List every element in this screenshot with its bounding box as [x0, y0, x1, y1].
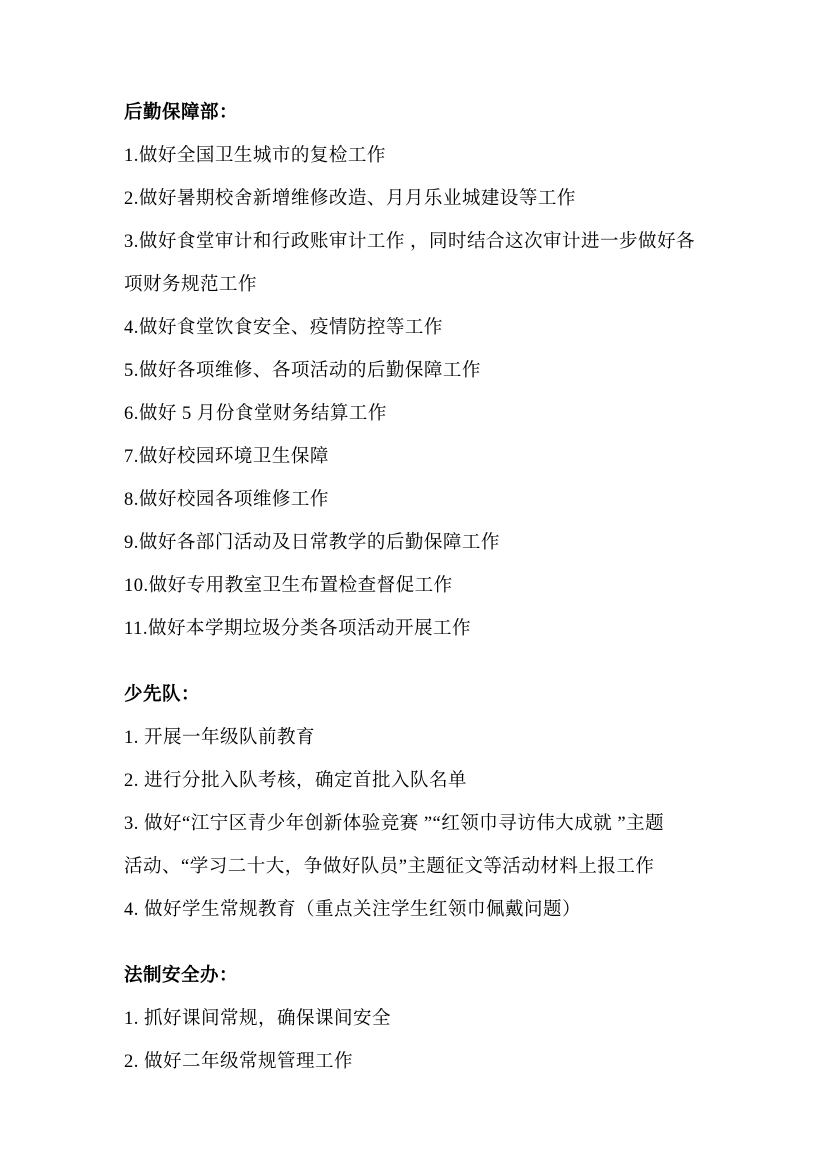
task-item: 1.做好全国卫生城市的复检工作 — [124, 135, 714, 178]
section-young-pioneers: 少先队： 1. 开展一年级队前教育 2. 进行分批入队考核，确定首批入队名单 3… — [124, 674, 714, 932]
task-item: 5.做好各项维修、各项活动的后勤保障工作 — [124, 350, 714, 393]
task-item: 1. 开展一年级队前教育 — [124, 717, 714, 760]
task-item-continuation: 活动、“学习二十大，争做好队员”主题征文等活动材料上报工作 — [124, 846, 714, 889]
task-item: 9.做好各部门活动及日常教学的后勤保障工作 — [124, 522, 714, 565]
section-title: 法制安全办： — [124, 955, 714, 998]
task-item: 10.做好专用教室卫生布置检查督促工作 — [124, 565, 714, 608]
section-logistics-support: 后勤保障部： 1.做好全国卫生城市的复检工作 2.做好暑期校舍新增维修改造、月月… — [124, 92, 714, 651]
section-legal-safety-office: 法制安全办： 1. 抓好课间常规，确保课间安全 2. 做好二年级常规管理工作 — [124, 955, 714, 1084]
task-item: 3. 做好“江宁区青少年创新体验竞赛 ”“红领巾寻访伟大成就 ”主题 — [124, 803, 714, 846]
task-item: 7.做好校园环境卫生保障 — [124, 436, 714, 479]
section-title: 少先队： — [124, 674, 714, 717]
task-item: 2. 做好二年级常规管理工作 — [124, 1041, 714, 1084]
task-item: 3.做好食堂审计和行政账审计工作 ，同时结合这次审计进一步做好各 — [124, 221, 714, 264]
section-title: 后勤保障部： — [124, 92, 714, 135]
task-item-continuation: 项财务规范工作 — [124, 264, 714, 307]
document-content: 后勤保障部： 1.做好全国卫生城市的复检工作 2.做好暑期校舍新增维修改造、月月… — [124, 92, 714, 1084]
task-item: 4. 做好学生常规教育（重点关注学生红领巾佩戴问题） — [124, 889, 714, 932]
task-item: 11.做好本学期垃圾分类各项活动开展工作 — [124, 608, 714, 651]
task-item: 2.做好暑期校舍新增维修改造、月月乐业城建设等工作 — [124, 178, 714, 221]
task-item: 4.做好食堂饮食安全、疫情防控等工作 — [124, 307, 714, 350]
task-item: 8.做好校园各项维修工作 — [124, 479, 714, 522]
task-item: 1. 抓好课间常规，确保课间安全 — [124, 998, 714, 1041]
task-item: 2. 进行分批入队考核，确定首批入队名单 — [124, 760, 714, 803]
task-item: 6.做好 5 月份食堂财务结算工作 — [124, 393, 714, 436]
document-page: 后勤保障部： 1.做好全国卫生城市的复检工作 2.做好暑期校舍新增维修改造、月月… — [0, 0, 827, 1170]
